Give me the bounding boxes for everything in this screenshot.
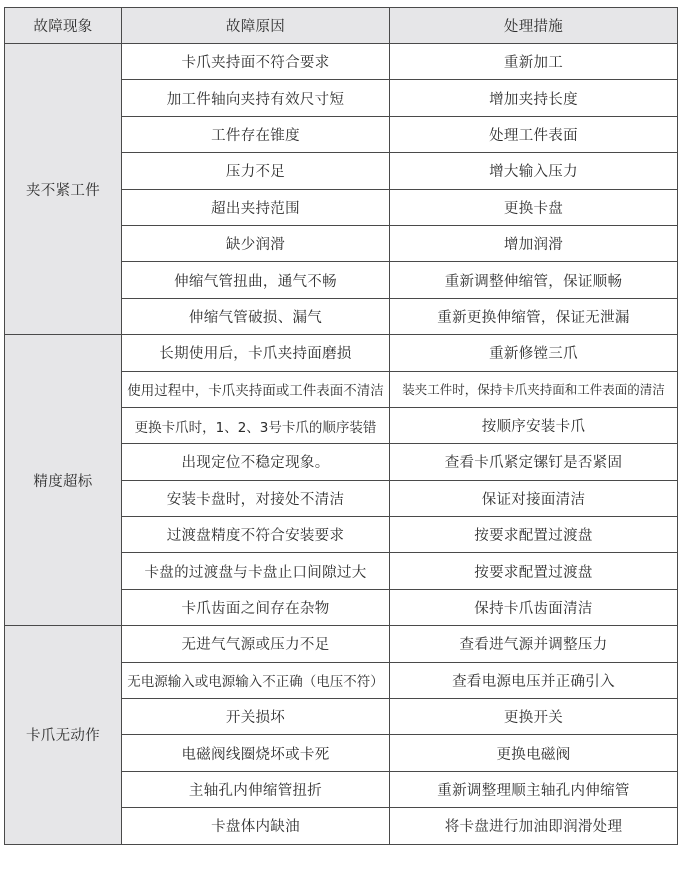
table-row: 卡爪无动作 无进气气源或压力不足 查看进气源并调整压力 bbox=[5, 626, 678, 662]
symptom-cell: 卡爪无动作 bbox=[5, 626, 122, 844]
cause-cell: 卡爪齿面之间存在杂物 bbox=[122, 589, 390, 625]
cause-cell: 加工件轴向夹持有效尺寸短 bbox=[122, 80, 390, 116]
header-solution: 处理措施 bbox=[390, 8, 678, 44]
table-row: 夹不紧工件 卡爪夹持面不符合要求 重新加工 bbox=[5, 44, 678, 80]
solution-cell: 将卡盘进行加油即润滑处理 bbox=[390, 808, 678, 844]
solution-cell: 按顺序安装卡爪 bbox=[390, 407, 678, 443]
solution-cell: 重新调整理顺主轴孔内伸缩管 bbox=[390, 771, 678, 807]
cause-cell: 无电源输入或电源输入不正确（电压不符） bbox=[122, 662, 390, 698]
cause-cell: 卡盘的过渡盘与卡盘止口间隙过大 bbox=[122, 553, 390, 589]
cause-cell: 缺少润滑 bbox=[122, 225, 390, 261]
solution-cell: 重新加工 bbox=[390, 44, 678, 80]
solution-cell: 查看卡爪紧定镙钉是否紧固 bbox=[390, 444, 678, 480]
cause-cell: 出现定位不稳定现象。 bbox=[122, 444, 390, 480]
cause-cell: 伸缩气管破损、漏气 bbox=[122, 298, 390, 334]
solution-cell: 按要求配置过渡盘 bbox=[390, 553, 678, 589]
solution-cell: 保证对接面清洁 bbox=[390, 480, 678, 516]
cause-cell: 卡爪夹持面不符合要求 bbox=[122, 44, 390, 80]
solution-cell: 处理工件表面 bbox=[390, 116, 678, 152]
cause-cell: 压力不足 bbox=[122, 153, 390, 189]
cause-cell: 伸缩气管扭曲，通气不畅 bbox=[122, 262, 390, 298]
cause-cell: 无进气气源或压力不足 bbox=[122, 626, 390, 662]
cause-cell: 电磁阀线圈烧坏或卡死 bbox=[122, 735, 390, 771]
cause-cell: 安装卡盘时，对接处不清洁 bbox=[122, 480, 390, 516]
solution-cell: 按要求配置过渡盘 bbox=[390, 517, 678, 553]
solution-cell: 重新更换伸缩管，保证无泄漏 bbox=[390, 298, 678, 334]
solution-cell: 增大输入压力 bbox=[390, 153, 678, 189]
solution-cell: 增加夹持长度 bbox=[390, 80, 678, 116]
solution-cell: 保持卡爪齿面清洁 bbox=[390, 589, 678, 625]
header-symptom: 故障现象 bbox=[5, 8, 122, 44]
solution-cell: 装夹工件时，保持卡爪夹持面和工件表面的清洁 bbox=[390, 371, 678, 407]
cause-cell: 更换卡爪时，1、2、3号卡爪的顺序装错 bbox=[122, 407, 390, 443]
cause-cell: 超出夹持范围 bbox=[122, 189, 390, 225]
symptom-cell: 夹不紧工件 bbox=[5, 44, 122, 335]
solution-cell: 重新修镗三爪 bbox=[390, 335, 678, 371]
solution-cell: 查看电源电压并正确引入 bbox=[390, 662, 678, 698]
fault-troubleshooting-table: 故障现象 故障原因 处理措施 夹不紧工件 卡爪夹持面不符合要求 重新加工 加工件… bbox=[4, 7, 678, 845]
cause-cell: 开关损坏 bbox=[122, 699, 390, 735]
cause-cell: 工件存在锥度 bbox=[122, 116, 390, 152]
cause-cell: 使用过程中，卡爪夹持面或工件表面不清洁 bbox=[122, 371, 390, 407]
solution-cell: 更换卡盘 bbox=[390, 189, 678, 225]
solution-cell: 增加润滑 bbox=[390, 225, 678, 261]
solution-cell: 重新调整伸缩管，保证顺畅 bbox=[390, 262, 678, 298]
table-header-row: 故障现象 故障原因 处理措施 bbox=[5, 8, 678, 44]
solution-cell: 更换开关 bbox=[390, 699, 678, 735]
cause-cell: 主轴孔内伸缩管扭折 bbox=[122, 771, 390, 807]
table-row: 精度超标 长期使用后，卡爪夹持面磨损 重新修镗三爪 bbox=[5, 335, 678, 371]
cause-cell: 过渡盘精度不符合安装要求 bbox=[122, 517, 390, 553]
symptom-cell: 精度超标 bbox=[5, 335, 122, 626]
solution-cell: 查看进气源并调整压力 bbox=[390, 626, 678, 662]
cause-cell: 长期使用后，卡爪夹持面磨损 bbox=[122, 335, 390, 371]
solution-cell: 更换电磁阀 bbox=[390, 735, 678, 771]
cause-cell: 卡盘体内缺油 bbox=[122, 808, 390, 844]
header-cause: 故障原因 bbox=[122, 8, 390, 44]
